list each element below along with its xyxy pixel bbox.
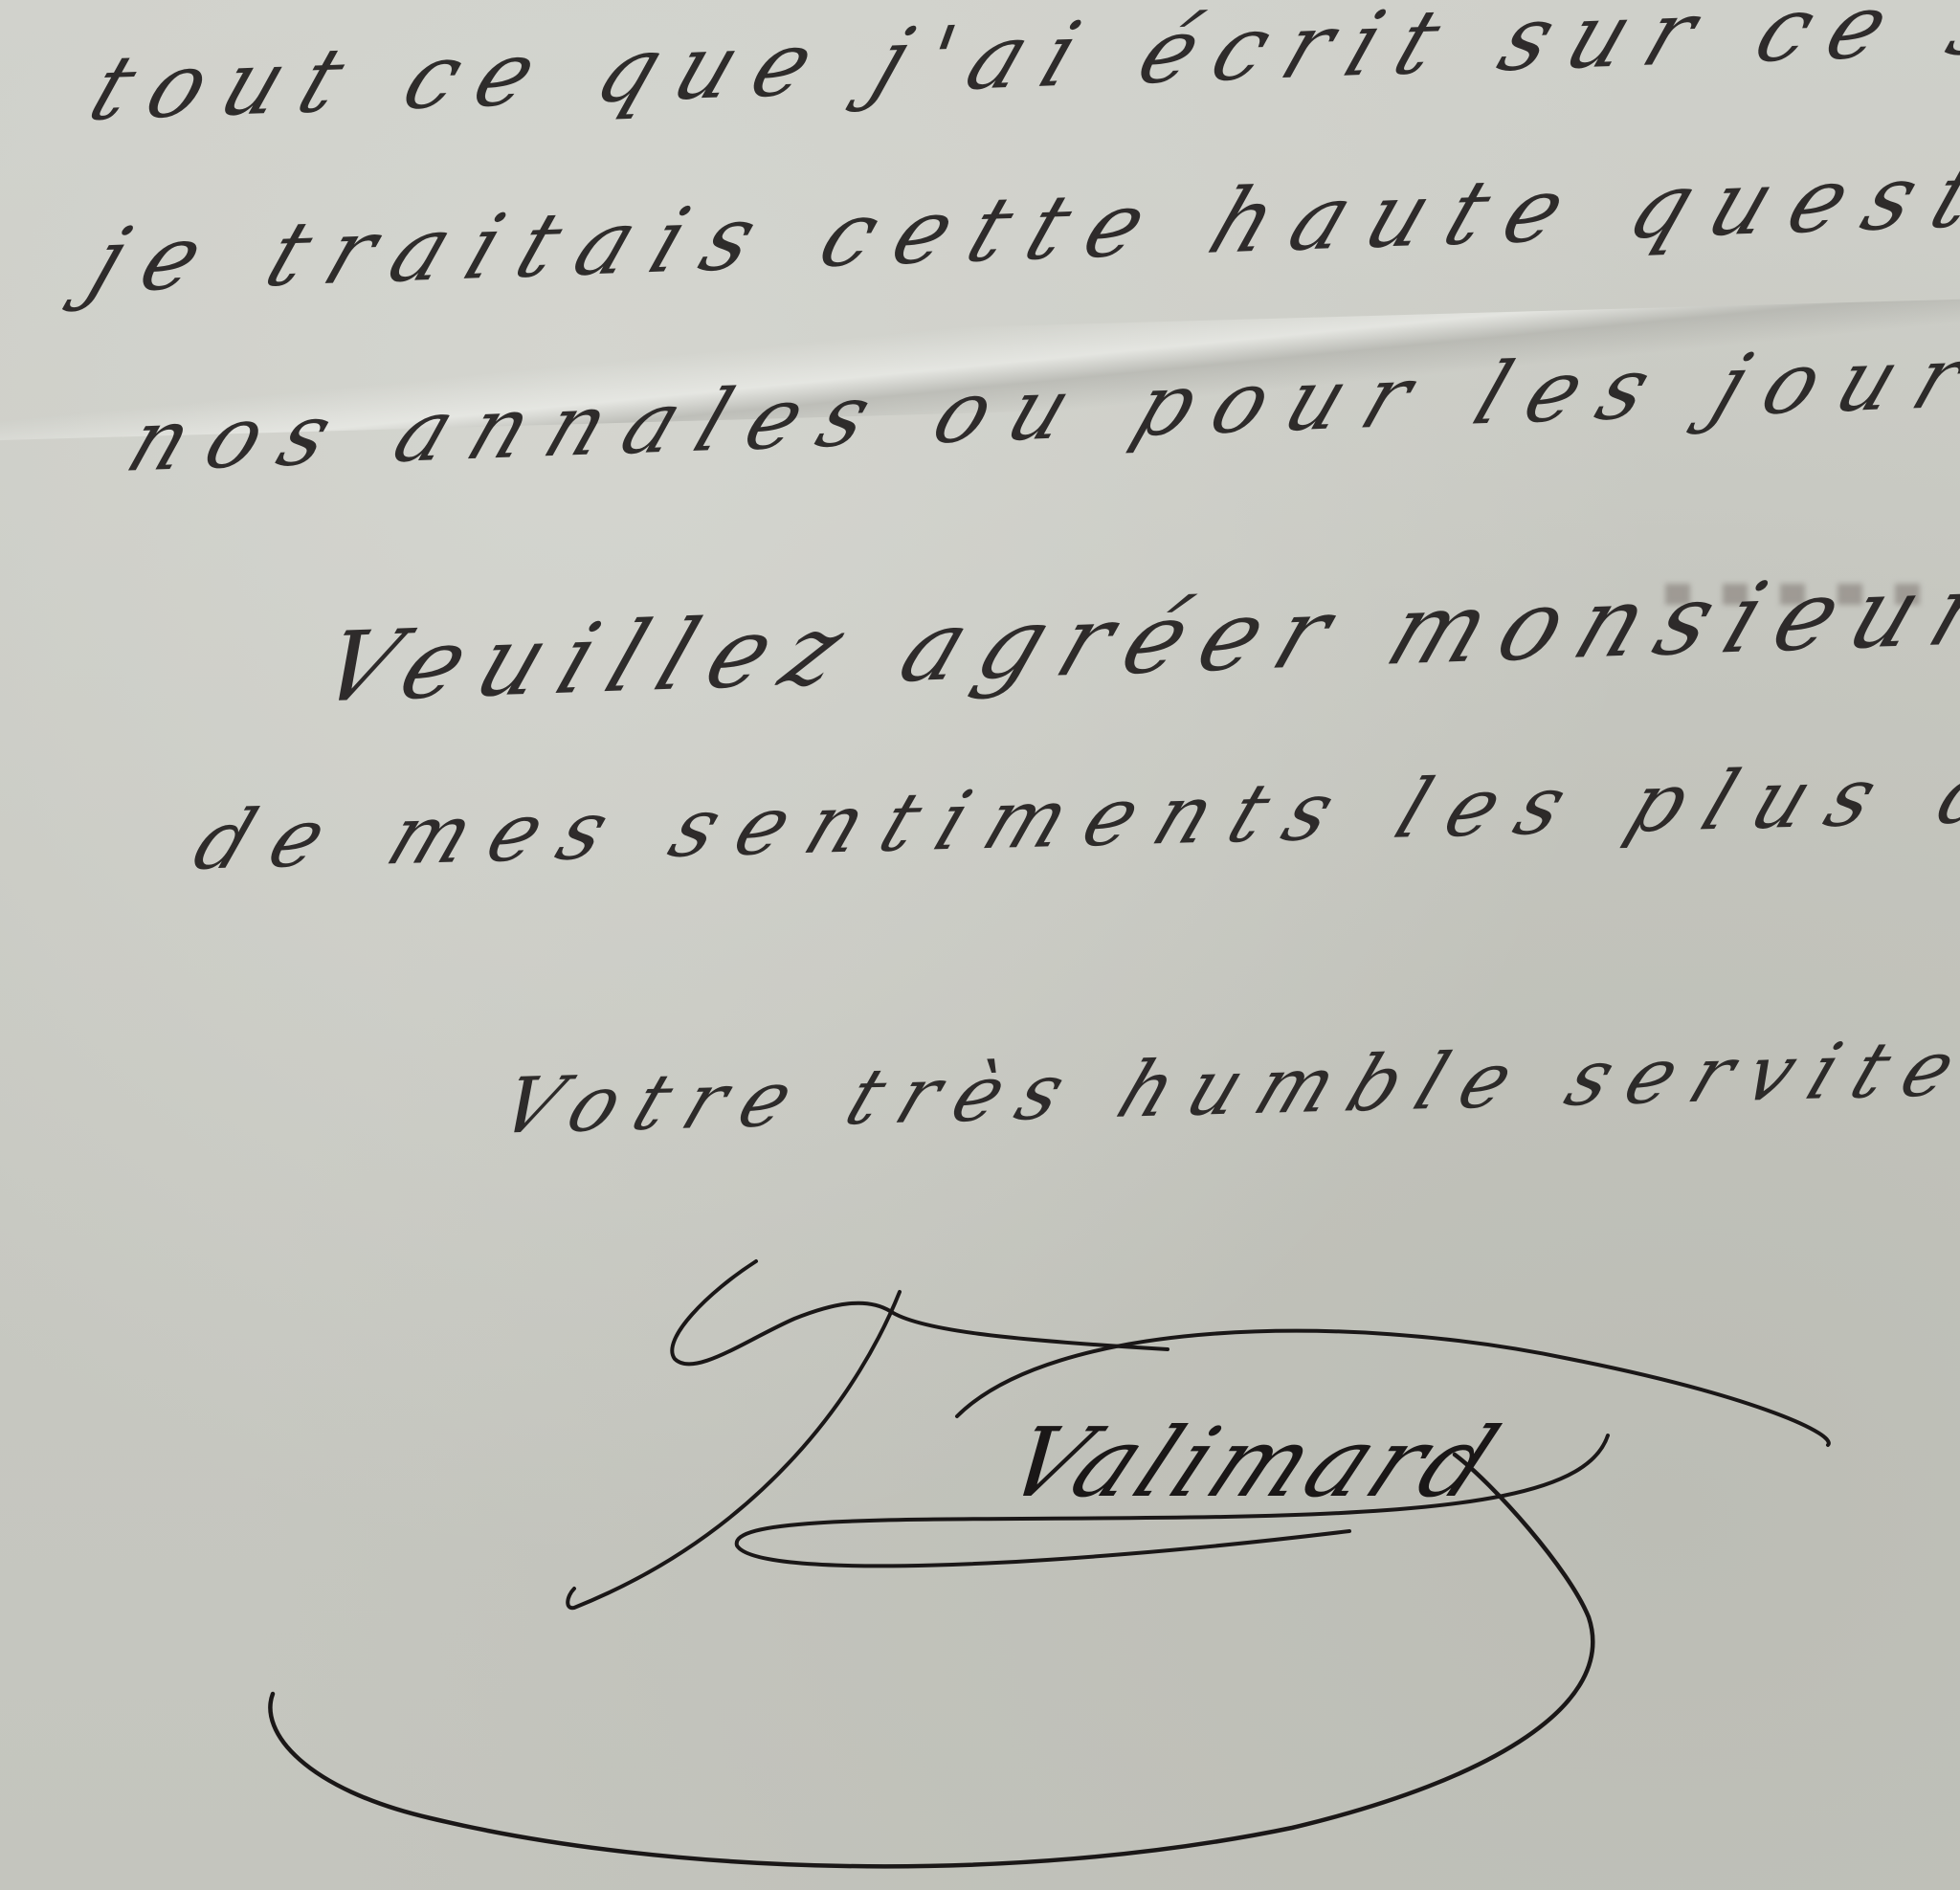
signature-name: Valimard xyxy=(989,1407,1520,1519)
signature-flourish-icon xyxy=(0,0,1960,1890)
letter-page: tout ce que j'ai écrit sur ce sujet lors… xyxy=(0,0,1960,1890)
